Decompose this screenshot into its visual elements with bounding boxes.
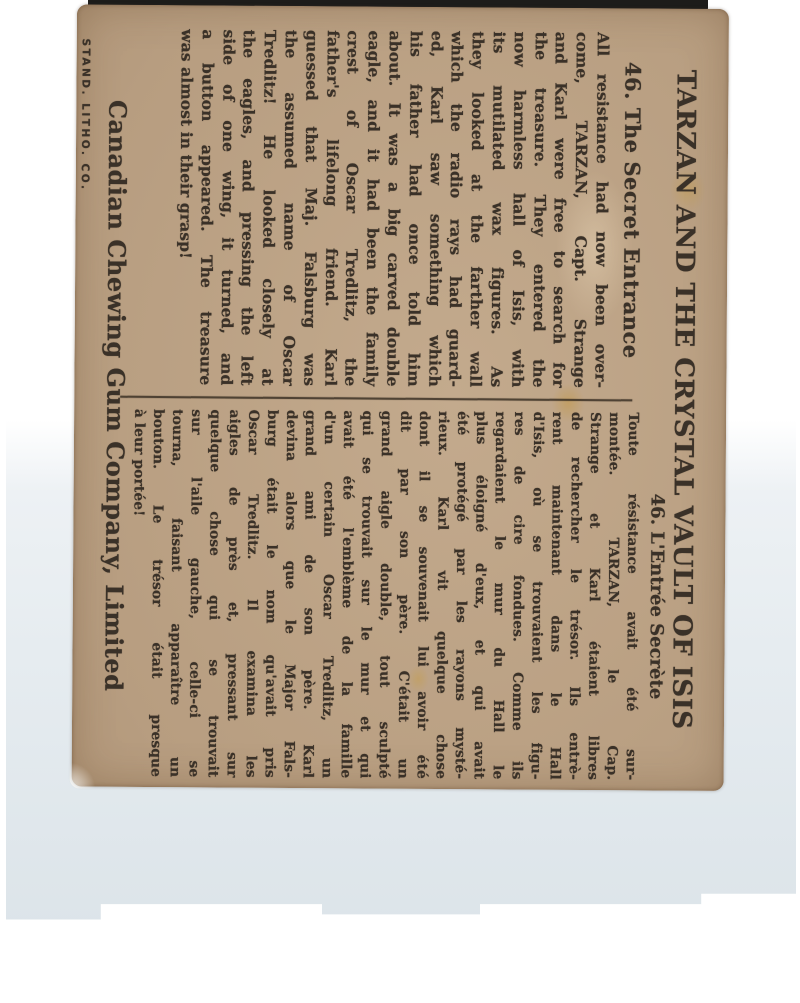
text-line: tourna, faisant apparaître un bbox=[165, 409, 187, 777]
worn-corner bbox=[70, 762, 96, 788]
text-line: which the radio rays had guard- bbox=[444, 31, 467, 387]
text-line: its mutilated wax figures. As bbox=[486, 31, 509, 387]
english-column: 46. The Secret Entrance All resistance h… bbox=[174, 29, 645, 388]
text-line: d'Isis, où se trouvaient les figu- bbox=[526, 412, 548, 780]
text-line: guessed that Maj. Falsburg was bbox=[298, 30, 321, 386]
french-heading: 46. L'Entrée Secrète bbox=[644, 412, 669, 780]
text-line: rieux. Karl vit quelque chose bbox=[431, 411, 453, 779]
text-line: Toute résistance avait été sur- bbox=[621, 412, 643, 780]
text-line: Oscar Tredlitz. Il examina les bbox=[241, 410, 263, 778]
text-line: the eagles, and pressing the left bbox=[236, 30, 259, 386]
text-line: sur l'aile gauche, celle-ci se bbox=[184, 409, 206, 777]
text-line: grand ami de son père. Karl bbox=[298, 410, 320, 778]
card-title: TARZAN AND THE CRYSTAL VAULT OF ISIS bbox=[666, 9, 701, 791]
text-line: bouton. Le trésor était presque bbox=[146, 409, 168, 777]
text-line: plus éloigné d'eux, et qui avait bbox=[469, 411, 491, 779]
text-line: montée. TARZAN, le Cap. bbox=[602, 412, 624, 780]
trading-card-photo: TARZAN AND THE CRYSTAL VAULT OF ISIS 46.… bbox=[78, 9, 730, 791]
english-text-block: All resistance had now been over-come, T… bbox=[174, 29, 613, 388]
text-line: grand aigle double, tout sculpté bbox=[374, 411, 396, 779]
english-heading: 46. The Secret Entrance bbox=[618, 32, 644, 388]
text-line: All resistance had now been over- bbox=[590, 32, 613, 388]
card-back-face: TARZAN AND THE CRYSTAL VAULT OF ISIS 46.… bbox=[72, 4, 729, 791]
litho-credit: STAND. LITHO. CO. bbox=[79, 38, 92, 191]
text-line: dit par son père. C'était un bbox=[393, 411, 415, 779]
french-column: 46. L'Entrée Secrète Toute résistance av… bbox=[127, 409, 669, 781]
text-line: the treasure. They entered the bbox=[527, 32, 550, 388]
text-line: d'un certain Oscar Tredlitz, un bbox=[317, 410, 339, 778]
text-line: à leur portée! bbox=[127, 409, 149, 777]
french-text-block: Toute résistance avait été sur-montée. T… bbox=[127, 409, 643, 781]
text-line: now harmless hall of Isis, with bbox=[506, 31, 529, 387]
text-line: the assumed name of Oscar bbox=[278, 30, 301, 386]
text-line: Tredlitz! He looked closely at bbox=[257, 30, 280, 386]
text-line: his father had once told him bbox=[402, 31, 425, 387]
text-line: was almost in their grasp! bbox=[174, 29, 197, 385]
text-line: rent maintenant dans le Hall bbox=[545, 412, 567, 780]
text-line: qui se trouvait sur le mur et qui bbox=[355, 410, 377, 778]
text-line: Strange et Karl étaient libres bbox=[583, 412, 605, 780]
text-line: avait été l'emblème de la famille bbox=[336, 410, 358, 778]
column-divider bbox=[120, 396, 632, 402]
text-line: and Karl were free to search for bbox=[548, 32, 571, 388]
text-line: side of one wing, it turned, and bbox=[215, 29, 238, 385]
text-line: ed, Karl saw something which bbox=[423, 31, 446, 387]
text-line: devina alors que le Major Fals- bbox=[279, 410, 301, 778]
text-line: a button appeared. The treasure bbox=[194, 29, 217, 385]
text-line: aigles de près et, pressant sur bbox=[222, 409, 244, 777]
publisher-line: Canadian Chewing Gum Company, Limited bbox=[99, 5, 133, 787]
text-line: crest of Oscar Tredlitz, the bbox=[340, 30, 363, 386]
text-line: they looked at the farther wall bbox=[465, 31, 488, 387]
text-line: eagle, and it had been the family bbox=[361, 30, 384, 386]
text-line: father's lifelong friend. Karl bbox=[319, 30, 342, 386]
text-line: come, TARZAN, Capt. Strange bbox=[569, 32, 592, 388]
text-line: de rechercher le trésor. Ils entrè- bbox=[564, 412, 586, 780]
text-line: regardaient le mur du Hall le bbox=[488, 411, 510, 779]
text-line: quelque chose qui se trouvait bbox=[203, 409, 225, 777]
text-line: res de cire fondues. Comme ils bbox=[507, 411, 529, 779]
text-line: burg était le nom qu'avait pris bbox=[260, 410, 282, 778]
text-line: dont il se souvenait lui avoir été bbox=[412, 411, 434, 779]
text-line: about. It was a big carved double bbox=[382, 31, 405, 387]
text-line: été protégé par les rayons mysté- bbox=[450, 411, 472, 779]
